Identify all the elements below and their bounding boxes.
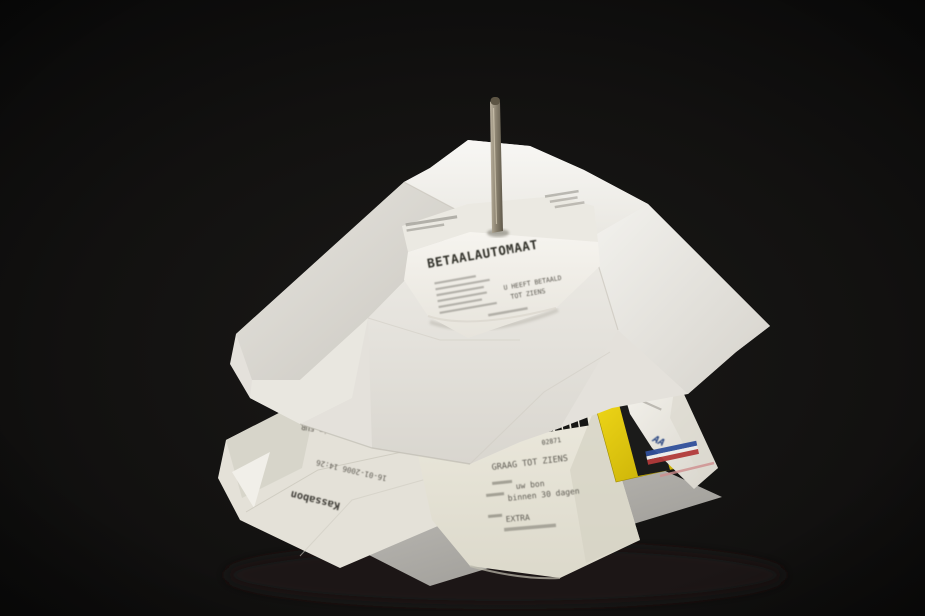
- photo-canvas: 5,50 Totaalbedrag in EUR 16-01-2006 14:2…: [0, 0, 925, 616]
- photo-stack-of-receipts-on-spike: 5,50 Totaalbedrag in EUR 16-01-2006 14:2…: [0, 0, 925, 616]
- vignette-overlay: [0, 0, 925, 616]
